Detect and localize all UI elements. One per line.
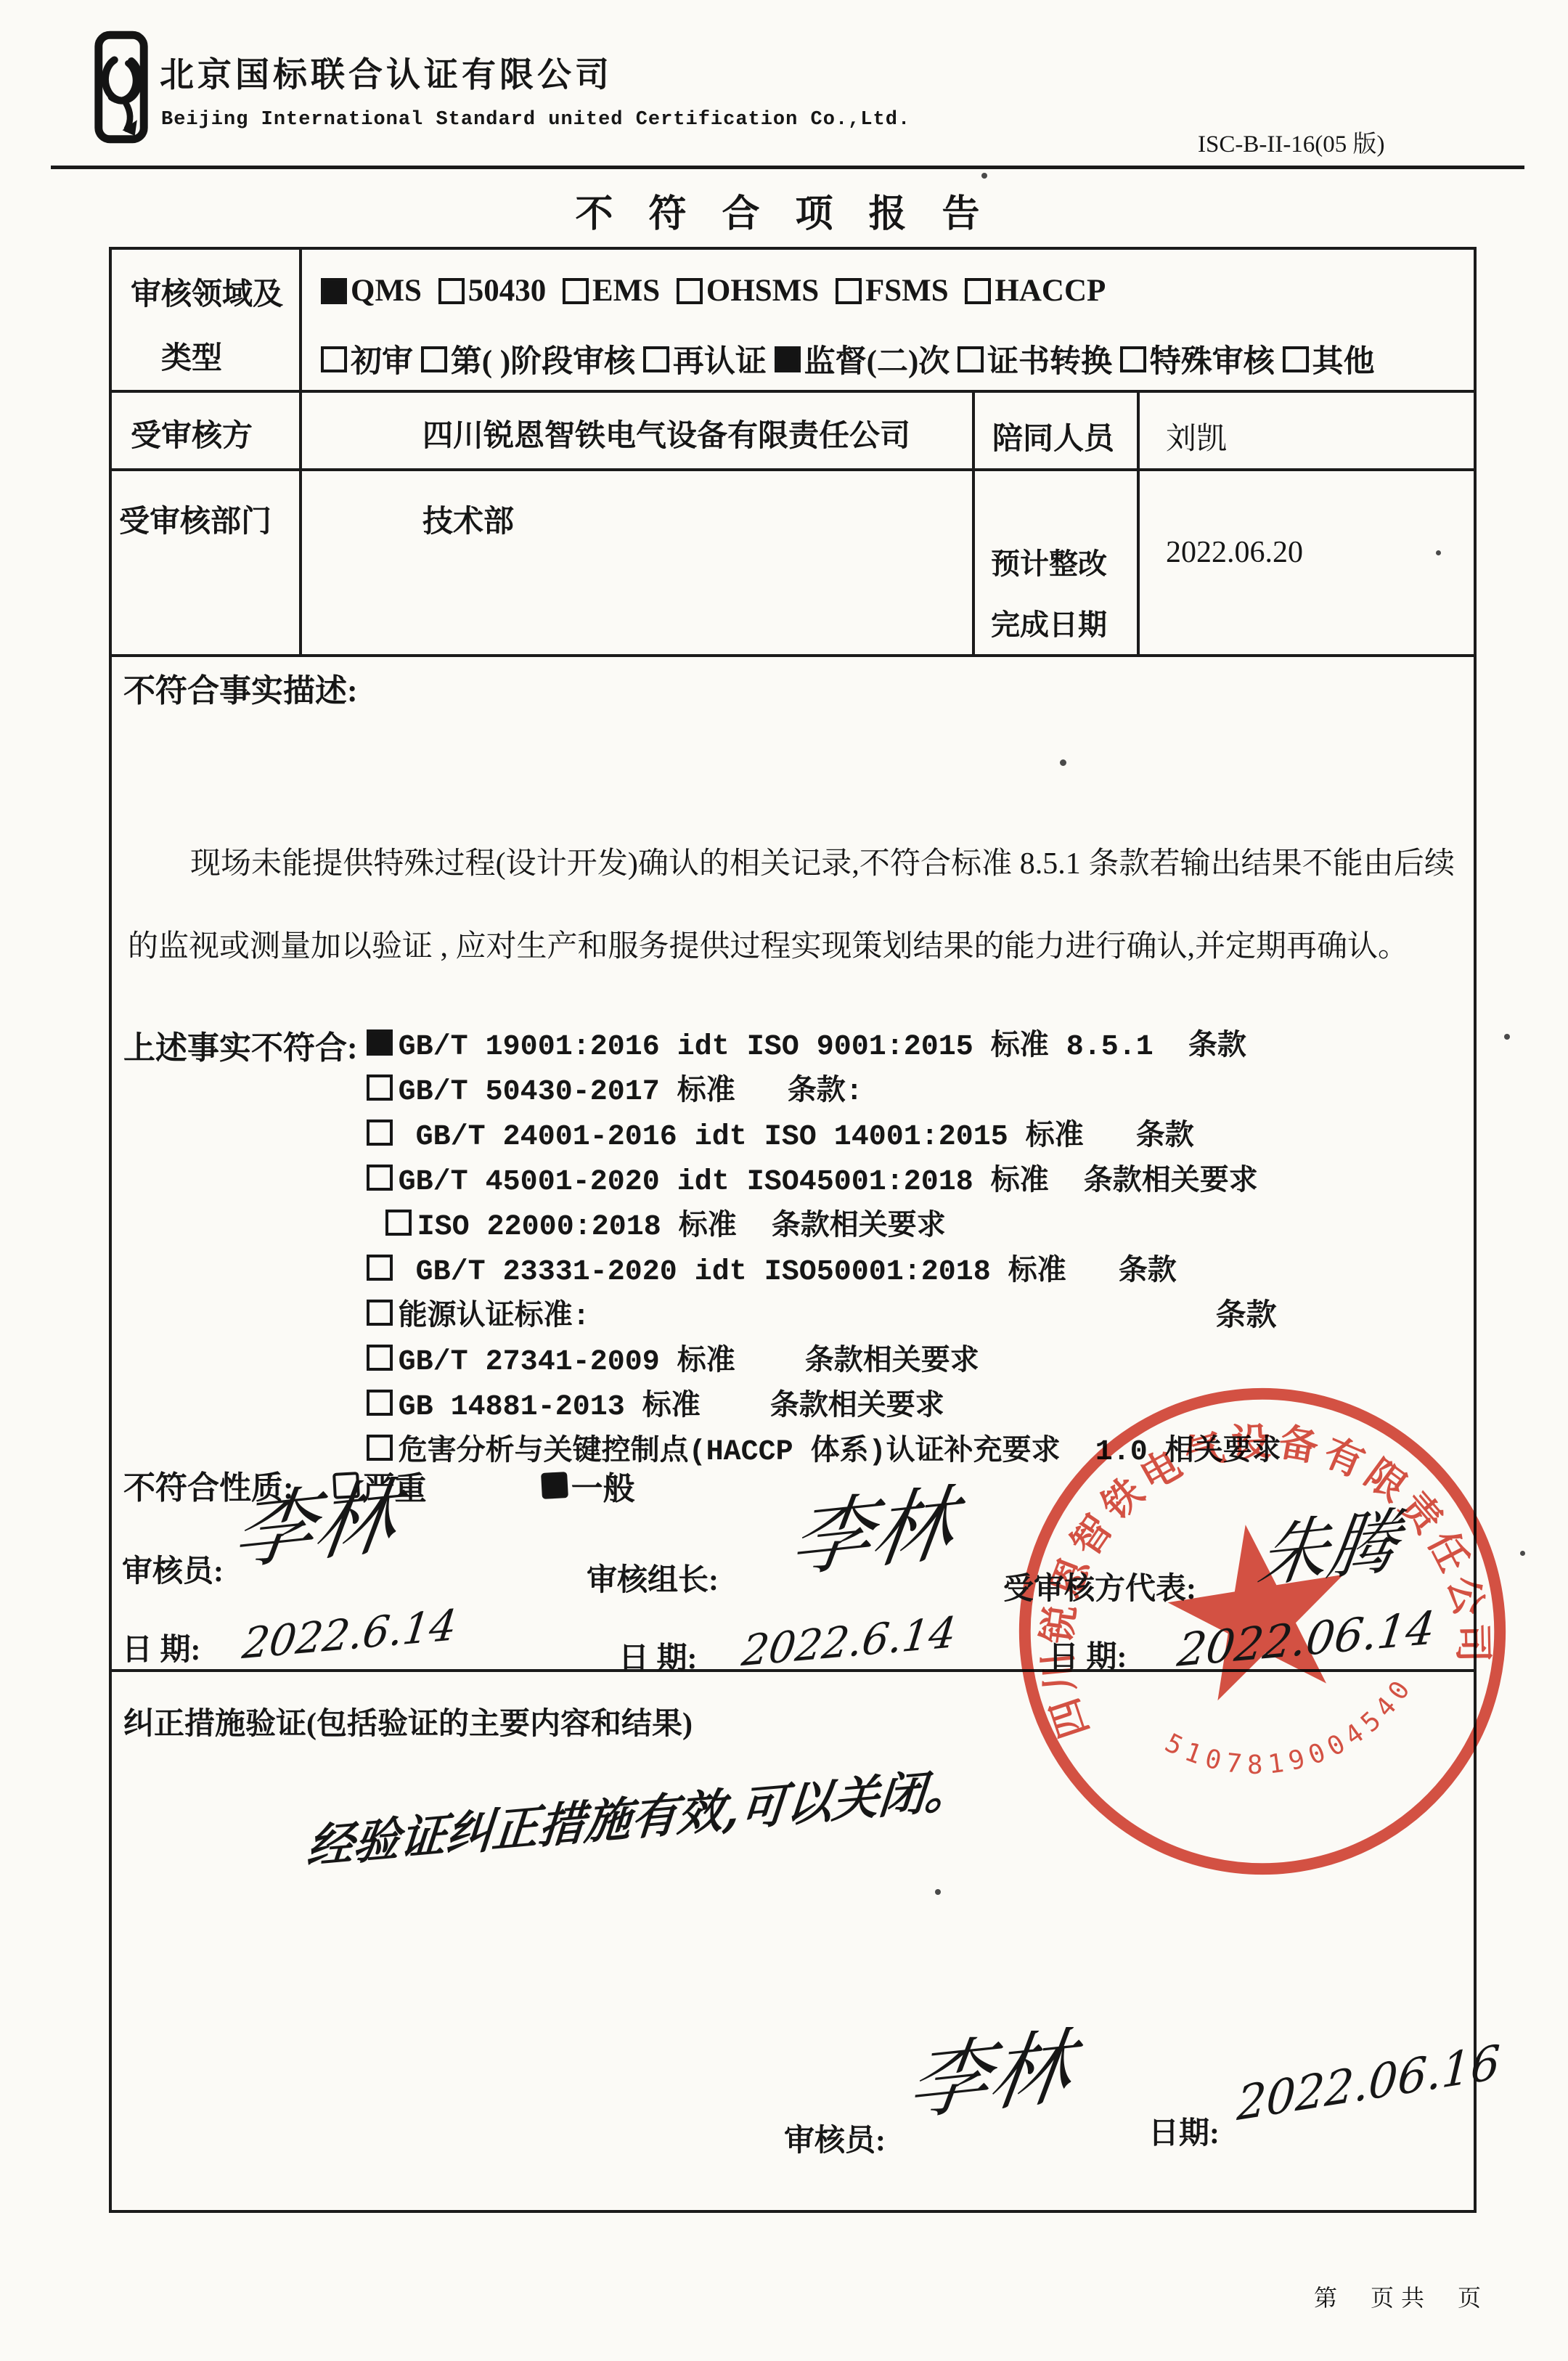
system-option: EMS [563,273,660,309]
system-option: QMS [321,273,422,309]
standard-option-text: ISO 22000:2018 标准 条款相关要求 [417,1202,946,1244]
audit-type-option: 其他 [1283,337,1375,381]
verification-auditor-signature: 李林 [904,2026,1077,2126]
system-option-label: OHSMS [706,273,819,309]
audit-type-option-label: 其他 [1312,337,1375,381]
standard-option-text: GB/T 24001-2016 idt ISO 14001:2015 标准 条款 [399,1112,1194,1154]
standards-intro-label: 上述事实不符合: [123,1022,358,1068]
checkbox-icon [541,1472,568,1499]
audit-type-option-label: 第( )阶段审核 [451,337,635,381]
standard-option-text: GB/T 19001:2016 idt ISO 9001:2015 标准 8.5… [399,1022,1246,1064]
checkbox-icon [385,1210,412,1236]
checkbox-icon [836,278,862,304]
auditee-representative-date-handwritten: 2022.06.14 [1175,1601,1438,1677]
checkbox-icon [677,278,703,304]
system-option-label: 50430 [468,273,547,309]
checkbox-icon [438,278,465,304]
checkbox-icon [1283,346,1309,372]
lead-auditor-signature: 李林 [786,1483,960,1583]
auditee-representative-label: 受审核方代表: [1003,1565,1196,1608]
checkbox-icon [367,1345,393,1371]
standard-option-text: GB/T 23331-2020 idt ISO50001:2018 标准 条款 [399,1247,1177,1289]
lead-auditor-label: 审核组长: [587,1556,719,1599]
standard-option-row: GB/T 45001-2020 idt ISO45001:2018 标准 条款相… [367,1155,1281,1200]
standard-option-row: 能源认证标准:条款 [367,1290,1281,1335]
system-option-label: EMS [592,273,660,309]
standard-option-row: GB/T 50430-2017 标准 条款: [367,1065,1281,1110]
escort-label: 陪同人员 [975,393,1137,468]
checkbox-icon [367,1255,393,1281]
audited-department-label: 受审核部门 [112,471,299,654]
scan-speck [1436,550,1441,555]
audit-scope-type-cell: QMS 50430 EMS OHSMS FSMS HACCP 初审 第( )阶段… [302,250,1471,390]
document-title: 不 符 合 项 报 告 [0,183,1568,237]
verification-auditor-label: 审核员: [784,2116,886,2160]
audit-type-option: 再认证 [643,337,767,381]
lead-auditor-date-label: 日 期: [618,1634,698,1678]
verification-date-handwritten: 2022.06.16 [1236,2036,1501,2132]
scan-speck [1504,1034,1510,1040]
checkbox-icon [367,1300,393,1326]
header-divider [51,166,1524,169]
auditee-representative-date-label: 日 期: [1048,1633,1127,1676]
audit-type-option: 证书转换 [957,337,1112,381]
verification-date-label: 日期: [1148,2109,1220,2153]
company-name-en: Beijing International Standard united Ce… [161,109,910,131]
audit-type-option-label: 再认证 [673,337,767,381]
auditee-representative-signature: 朱腾 [1254,1506,1403,1591]
audit-scope-label-line1: 审核领域及 [131,270,299,314]
certification-company-logo-icon [93,30,150,144]
standard-option-text: 能源认证标准: [399,1292,590,1334]
report-form-table: 审核领域及 类型 QMS 50430 EMS OHSMS FSMS HACCP [109,247,1477,2213]
checkbox-icon [367,1390,393,1416]
nonconformity-description-cell: 不符合事实描述: 现场未能提供特殊过程(设计开发)确认的相关记录,不符合标准 8… [112,657,1474,1669]
system-option: 50430 [438,273,547,309]
audit-type-option-label: 证书转换 [987,337,1112,381]
checkbox-icon [321,278,347,304]
system-option: HACCP [965,273,1106,309]
checkbox-icon [421,346,447,372]
scan-speck [981,173,987,179]
checkbox-icon [957,346,984,372]
system-option: FSMS [836,273,949,309]
auditor-signature: 李林 [229,1475,402,1575]
system-option-label: FSMS [865,273,949,309]
audit-scope-type-label: 审核领域及 类型 [112,250,299,390]
checkbox-icon [965,278,991,304]
auditor-label: 审核员: [122,1547,224,1591]
form-code: ISC-B-II-16(05 版) [1198,125,1385,159]
standard-option-text: GB/T 27341-2009 标准 条款相关要求 [399,1337,979,1379]
standard-option-row: GB/T 23331-2020 idt ISO50001:2018 标准 条款 [367,1245,1281,1290]
nature-option: 一般 [542,1462,635,1509]
auditee-label: 受审核方 [112,393,299,468]
checkbox-icon [367,1120,393,1146]
scan-speck [1520,1551,1525,1556]
scan-speck [935,1889,941,1895]
company-name-cn: 北京国标联合认证有限公司 [160,48,613,97]
standard-option-row: GB 14881-2013 标准 条款相关要求 [367,1380,1281,1425]
auditee-name: 四川锐恩智铁电气设备有限责任公司 [302,393,972,468]
standard-option-row: GB/T 24001-2016 idt ISO 14001:2015 标准 条款 [367,1110,1281,1155]
standard-option-text: GB/T 45001-2020 idt ISO45001:2018 标准 条款相… [399,1157,1258,1199]
audit-type-option: 监督(二)次 [775,337,950,381]
lead-auditor-date-handwritten: 2022.6.14 [739,1607,959,1676]
verification-handwritten-note: 经验证纠正措施有效,可以关闭。 [305,1751,975,1877]
system-option: OHSMS [677,273,819,309]
audit-type-option: 特殊审核 [1120,337,1275,381]
clause-suffix-text: 条款 [1216,1291,1277,1334]
nonconformity-fact-text: 现场未能提供特殊过程(设计开发)确认的相关记录,不符合标准 8.5.1 条款若输… [128,823,1455,988]
checkbox-icon [367,1435,393,1461]
checkbox-icon [321,346,347,372]
nature-option-label: 一般 [571,1462,635,1509]
standard-option-row: GB/T 27341-2009 标准 条款相关要求 [367,1335,1281,1380]
checkbox-icon [643,346,669,372]
scanned-nonconformity-report-page: 北京国标联合认证有限公司 Beijing International Stand… [0,0,1568,2361]
checkbox-icon [367,1075,393,1101]
checkbox-icon [563,278,589,304]
checkbox-icon [775,346,801,372]
auditor-date-label: 日 期: [122,1626,201,1669]
audit-type-option-label: 初审 [351,337,413,381]
audited-department-value: 技术部 [302,471,972,654]
audit-type-option: 第( )阶段审核 [421,337,635,381]
escort-name: 刘凯 [1140,393,1474,468]
audit-type-checkboxes: 初审 第( )阶段审核 再认证 监督(二)次 证书转换 特殊审核 其他 [321,337,1375,381]
management-system-checkboxes: QMS 50430 EMS OHSMS FSMS HACCP [321,273,1114,312]
standards-block: 上述事实不符合: GB/T 19001:2016 idt ISO 9001:20… [123,1020,1281,1470]
standards-checkbox-list: GB/T 19001:2016 idt ISO 9001:2015 标准 8.5… [367,1020,1281,1470]
audit-scope-label-line2: 类型 [161,334,299,378]
verification-section-label: 纠正措施验证(包括验证的主要内容和结果) [123,1700,693,1743]
auditor-date-handwritten: 2022.6.14 [240,1600,460,1669]
checkbox-icon [1120,346,1146,372]
correction-deadline-date: 2022.06.20 [1140,471,1474,654]
system-option-label: QMS [351,273,422,309]
checkbox-icon [367,1029,393,1056]
correction-deadline-label: 预计整改完成日期 [975,471,1137,654]
description-section-label: 不符合事实描述: [123,664,358,711]
system-option-label: HACCP [995,273,1106,309]
checkbox-icon [367,1165,393,1191]
audit-type-option-label: 特殊审核 [1150,337,1275,381]
page-number-footer: 第 页共 页 [1314,2280,1488,2313]
standard-option-row: ISO 22000:2018 标准 条款相关要求 [367,1200,1281,1245]
standard-option-row: GB/T 19001:2016 idt ISO 9001:2015 标准 8.5… [367,1020,1281,1065]
audit-type-option: 初审 [321,337,413,381]
scan-speck [1060,759,1066,766]
audit-type-option-label: 监督(二)次 [804,337,950,381]
standard-option-text: GB 14881-2013 标准 条款相关要求 [399,1382,944,1424]
corrective-action-verification-cell: 纠正措施验证(包括验证的主要内容和结果) 经验证纠正措施有效,可以关闭。 审核员… [112,1672,1474,2207]
standard-option-text: GB/T 50430-2017 标准 条款: [399,1067,863,1109]
